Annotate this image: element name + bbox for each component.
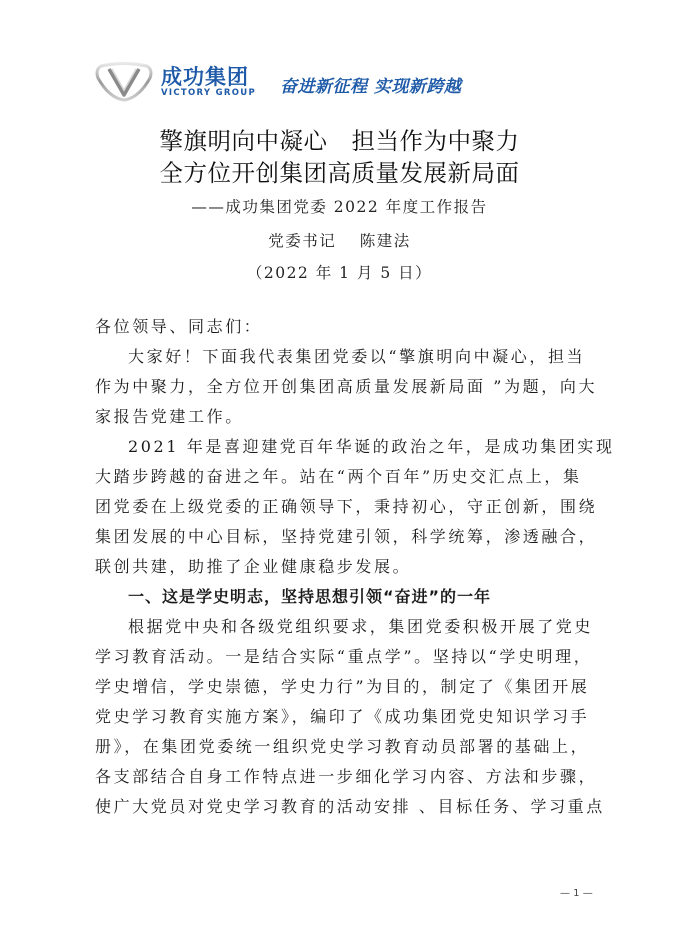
report-author: 党委书记 陈建法 [0, 229, 679, 251]
body-line: 学史增信，学史崇德，学史力行”为目的，制定了《集团开展 [95, 672, 595, 702]
body-line: 党史学习教育实施方案》，编印了《成功集团党史知识学习手 [95, 702, 595, 732]
report-body: 各位领导、同志们： 大家好！下面我代表集团党委以“擎旗明向中凝心，担当 作为中聚… [95, 312, 595, 822]
victory-logo-icon [95, 62, 153, 102]
body-line: 团党委在上级党委的正确领导下，秉持初心，守正创新，围绕 [95, 492, 595, 522]
body-line: 使广大党员对党史学习教育的活动安排 、目标任务、学习重点 [95, 792, 595, 822]
report-title-line-1: 擎旗明向中凝心 担当作为中聚力 [0, 122, 679, 156]
body-line: 册》，在集团党委统一组织党史学习教育动员部署的基础上， [95, 732, 595, 762]
body-line: 集团发展的中心目标，坚持党建引领，科学统筹，渗透融合， [95, 522, 595, 552]
company-name-cn: 成功集团 [161, 66, 256, 88]
body-line: 家报告党建工作。 [95, 402, 595, 432]
body-line: 学习教育活动。一是结合实际“重点学”。坚持以“学史明理， [95, 642, 595, 672]
body-line: 2021 年是喜迎建党百年华诞的政治之年，是成功集团实现 [95, 432, 595, 462]
report-date: （2022 年 1 月 5 日） [0, 261, 679, 283]
letterhead: 成功集团 VICTORY GROUP 奋进新征程 实现新跨越 [95, 60, 495, 104]
report-subtitle: ——成功集团党委 2022 年度工作报告 [0, 195, 679, 217]
company-name-en: VICTORY GROUP [161, 88, 256, 98]
body-line: 根据党中央和各级党组织要求，集团党委积极开展了党史 [95, 612, 595, 642]
report-title-line-2: 全方位开创集团高质量发展新局面 [0, 154, 679, 188]
body-line: 大踏步跨越的奋进之年。站在“两个百年”历史交汇点上，集 [95, 462, 595, 492]
body-line: 联创共建，助推了企业健康稳步发展。 [95, 552, 595, 582]
body-line: 各支部结合自身工作特点进一步细化学习内容、方法和步骤， [95, 762, 595, 792]
body-line: 大家好！下面我代表集团党委以“擎旗明向中凝心，担当 [95, 342, 595, 372]
company-logo-text: 成功集团 VICTORY GROUP [161, 66, 256, 98]
page-number: — 1 — [560, 888, 593, 899]
section-heading-1: 一、这是学史明志，坚持思想引领“奋进”的一年 [95, 582, 595, 612]
slogan: 奋进新征程 实现新跨越 [280, 72, 461, 97]
body-line: 作为中聚力，全方位开创集团高质量发展新局面 ”为题，向大 [95, 372, 595, 402]
salutation: 各位领导、同志们： [95, 312, 595, 342]
